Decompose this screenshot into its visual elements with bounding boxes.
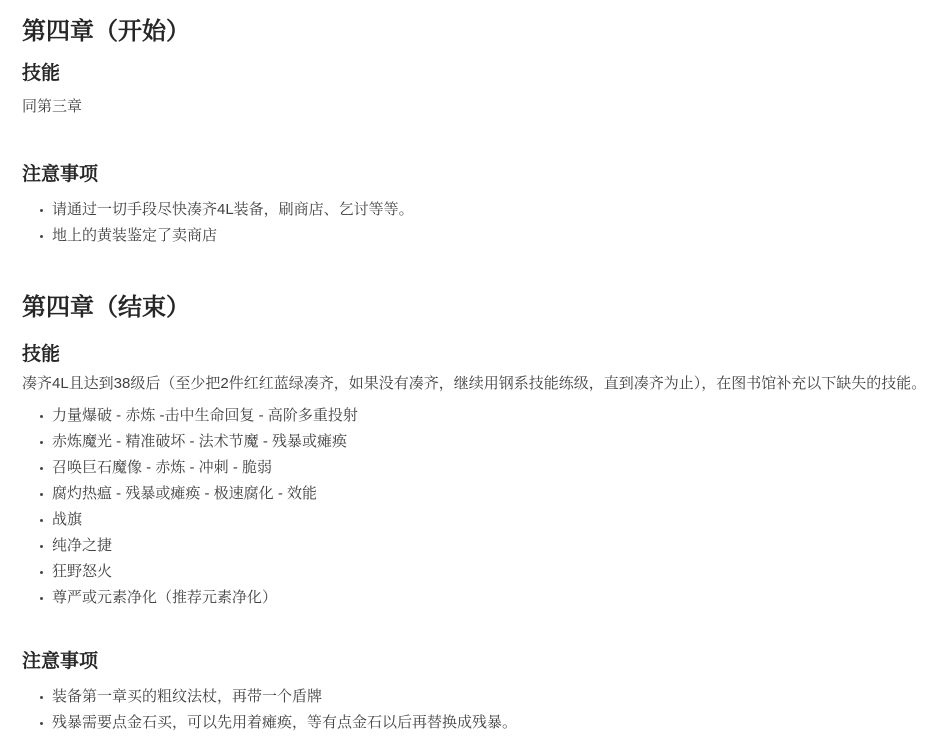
list-item: 尊严或元素净化（推荐元素净化） (22, 585, 942, 611)
list-item: 纯净之捷 (22, 533, 942, 559)
chapter4-start-title: 第四章（开始） (22, 17, 942, 46)
list-item: 力量爆破 - 赤炼 -击中生命回复 - 高阶多重投射 (22, 403, 942, 429)
skills-heading-end: 技能 (22, 343, 942, 367)
list-item: 地上的黄装鉴定了卖商店 (22, 223, 942, 249)
list-item: 请通过一切手段尽快凑齐4L装备，刷商店、乞讨等等。 (22, 197, 942, 223)
notes-heading-end: 注意事项 (22, 650, 942, 674)
list-item: 装备第一章买的粗纹法杖，再带一个盾牌 (22, 684, 942, 710)
skills-list: 力量爆破 - 赤炼 -击中生命回复 - 高阶多重投射 赤炼魔光 - 精准破坏 -… (22, 403, 942, 611)
list-item: 召唤巨石魔像 - 赤炼 - 冲刺 - 脆弱 (22, 455, 942, 481)
guide-document: 第四章（开始） 技能 同第三章 注意事项 请通过一切手段尽快凑齐4L装备，刷商店… (0, 0, 950, 749)
list-item: 残暴需要点金石买，可以先用着瘫痪，等有点金石以后再替换成残暴。 (22, 710, 942, 736)
notes-heading-start: 注意事项 (22, 163, 942, 187)
skills-heading-start: 技能 (22, 62, 942, 86)
list-item: 赤炼魔光 - 精准破坏 - 法术节魔 - 残暴或瘫痪 (22, 429, 942, 455)
notes-list-end: 装备第一章买的粗纹法杖，再带一个盾牌 残暴需要点金石买，可以先用着瘫痪，等有点金… (22, 684, 942, 736)
skills-intro-text: 凑齐4L且达到38级后（至少把2件红红蓝绿凑齐，如果没有凑齐，继续用钢系技能练级… (22, 373, 942, 395)
list-item: 战旗 (22, 507, 942, 533)
skills-text-start: 同第三章 (22, 96, 942, 118)
chapter4-end-title: 第四章（结束） (22, 293, 942, 322)
notes-list-start: 请通过一切手段尽快凑齐4L装备，刷商店、乞讨等等。 地上的黄装鉴定了卖商店 (22, 197, 942, 249)
list-item: 腐灼热瘟 - 残暴或瘫痪 - 极速腐化 - 效能 (22, 481, 942, 507)
list-item: 狂野怒火 (22, 559, 942, 585)
